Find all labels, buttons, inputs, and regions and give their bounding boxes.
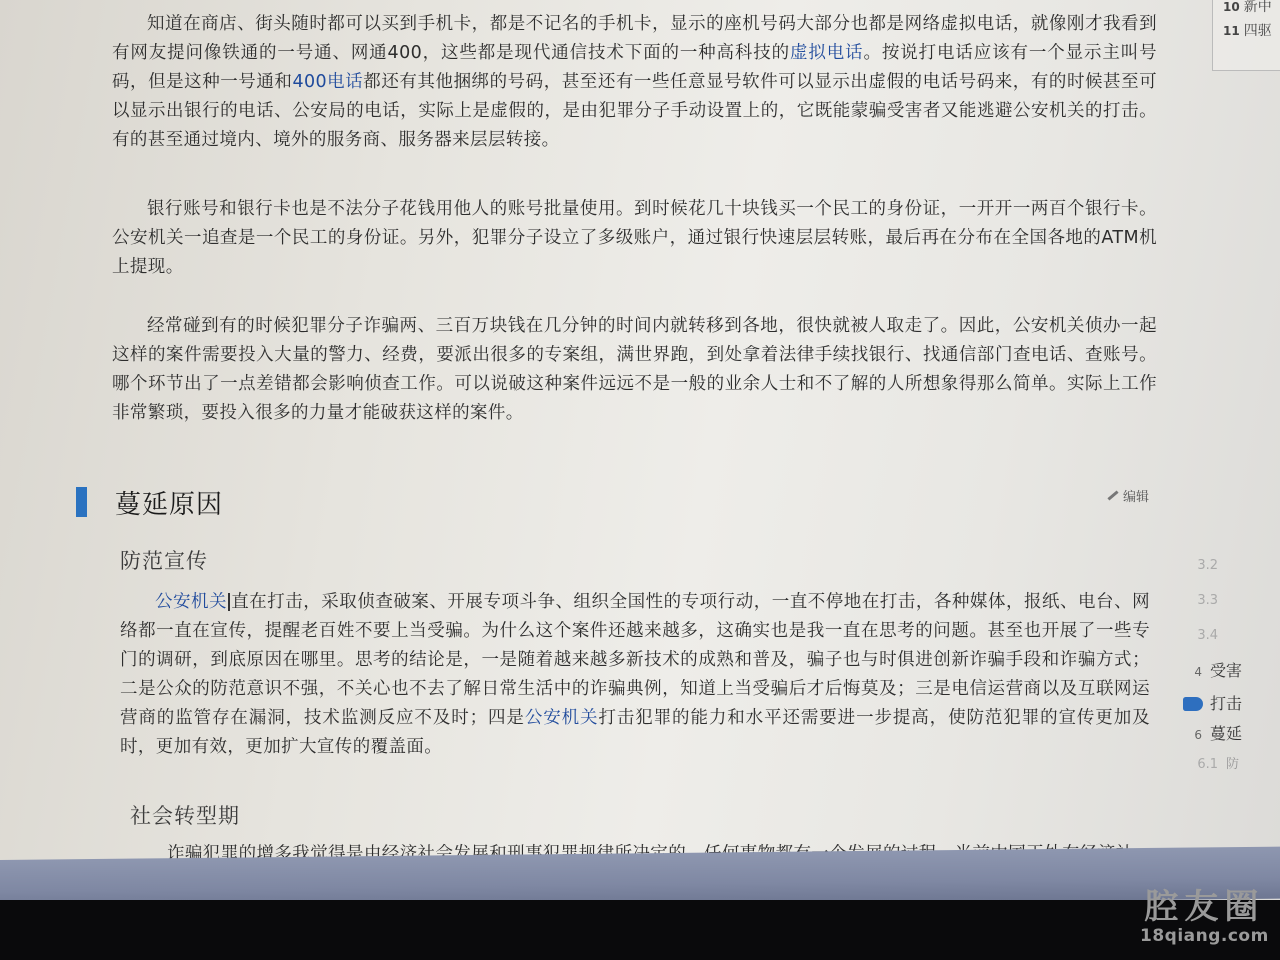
link-400-phone[interactable]: 400电话 bbox=[292, 72, 363, 92]
paragraph: 知道在商店、街头随时都可以买到手机卡，都是不记名的手机卡，显示的座机号码大部分也… bbox=[112, 10, 1157, 155]
toc-position-marker-icon bbox=[1183, 697, 1203, 711]
section-title: 蔓延原因 bbox=[115, 484, 223, 521]
link-police[interactable]: 公安机关 bbox=[155, 592, 227, 612]
toc-floating-box: 10新中 11四驱 bbox=[1212, 0, 1280, 71]
paragraph: 公安机关直在打击，采取侦查破案、开展专项斗争、组织全国性的专项行动，一直不停地在… bbox=[120, 588, 1150, 762]
toc-item[interactable]: 3.3 bbox=[1180, 593, 1226, 608]
heading-accent-bar bbox=[76, 487, 87, 517]
link-police[interactable]: 公安机关 bbox=[525, 708, 599, 728]
toc-item[interactable]: 3.4 bbox=[1180, 628, 1226, 643]
subsection-title: 防范宣传 bbox=[120, 545, 208, 575]
text-cursor-icon bbox=[228, 593, 230, 611]
paragraph: 银行账号和银行卡也是不法分子花钱用他人的账号批量使用。到时候花几十块钱买一个民工… bbox=[112, 195, 1157, 282]
link-virtual-phone[interactable]: 虚拟电话 bbox=[790, 43, 863, 63]
toc-item[interactable]: 6.1防 bbox=[1180, 753, 1239, 772]
toc-item[interactable]: 4受害 bbox=[1180, 658, 1242, 681]
toc-item[interactable]: 11四驱 bbox=[1223, 20, 1272, 40]
monitor-screen: 10新中 11四驱 知道在商店、街头随时都可以买到手机卡，都是不记名的手机卡，显… bbox=[0, 0, 1280, 900]
toc-item[interactable]: 3.2 bbox=[1180, 558, 1226, 573]
paragraph: 经常碰到有的时候犯罪分子诈骗两、三百万块钱在几分钟的时间内就转移到各地，很快就被… bbox=[112, 312, 1157, 428]
section-heading: 蔓延原因 bbox=[76, 484, 223, 520]
pencil-icon bbox=[1107, 490, 1118, 500]
subsection-title: 社会转型期 bbox=[130, 800, 240, 830]
watermark: 腔友圈 18qiang.com bbox=[1140, 888, 1269, 946]
edit-button[interactable]: 编辑 bbox=[1107, 486, 1149, 505]
toc-item[interactable]: 10新中 bbox=[1223, 0, 1272, 16]
toc-item[interactable]: 6蔓延 bbox=[1180, 721, 1242, 744]
